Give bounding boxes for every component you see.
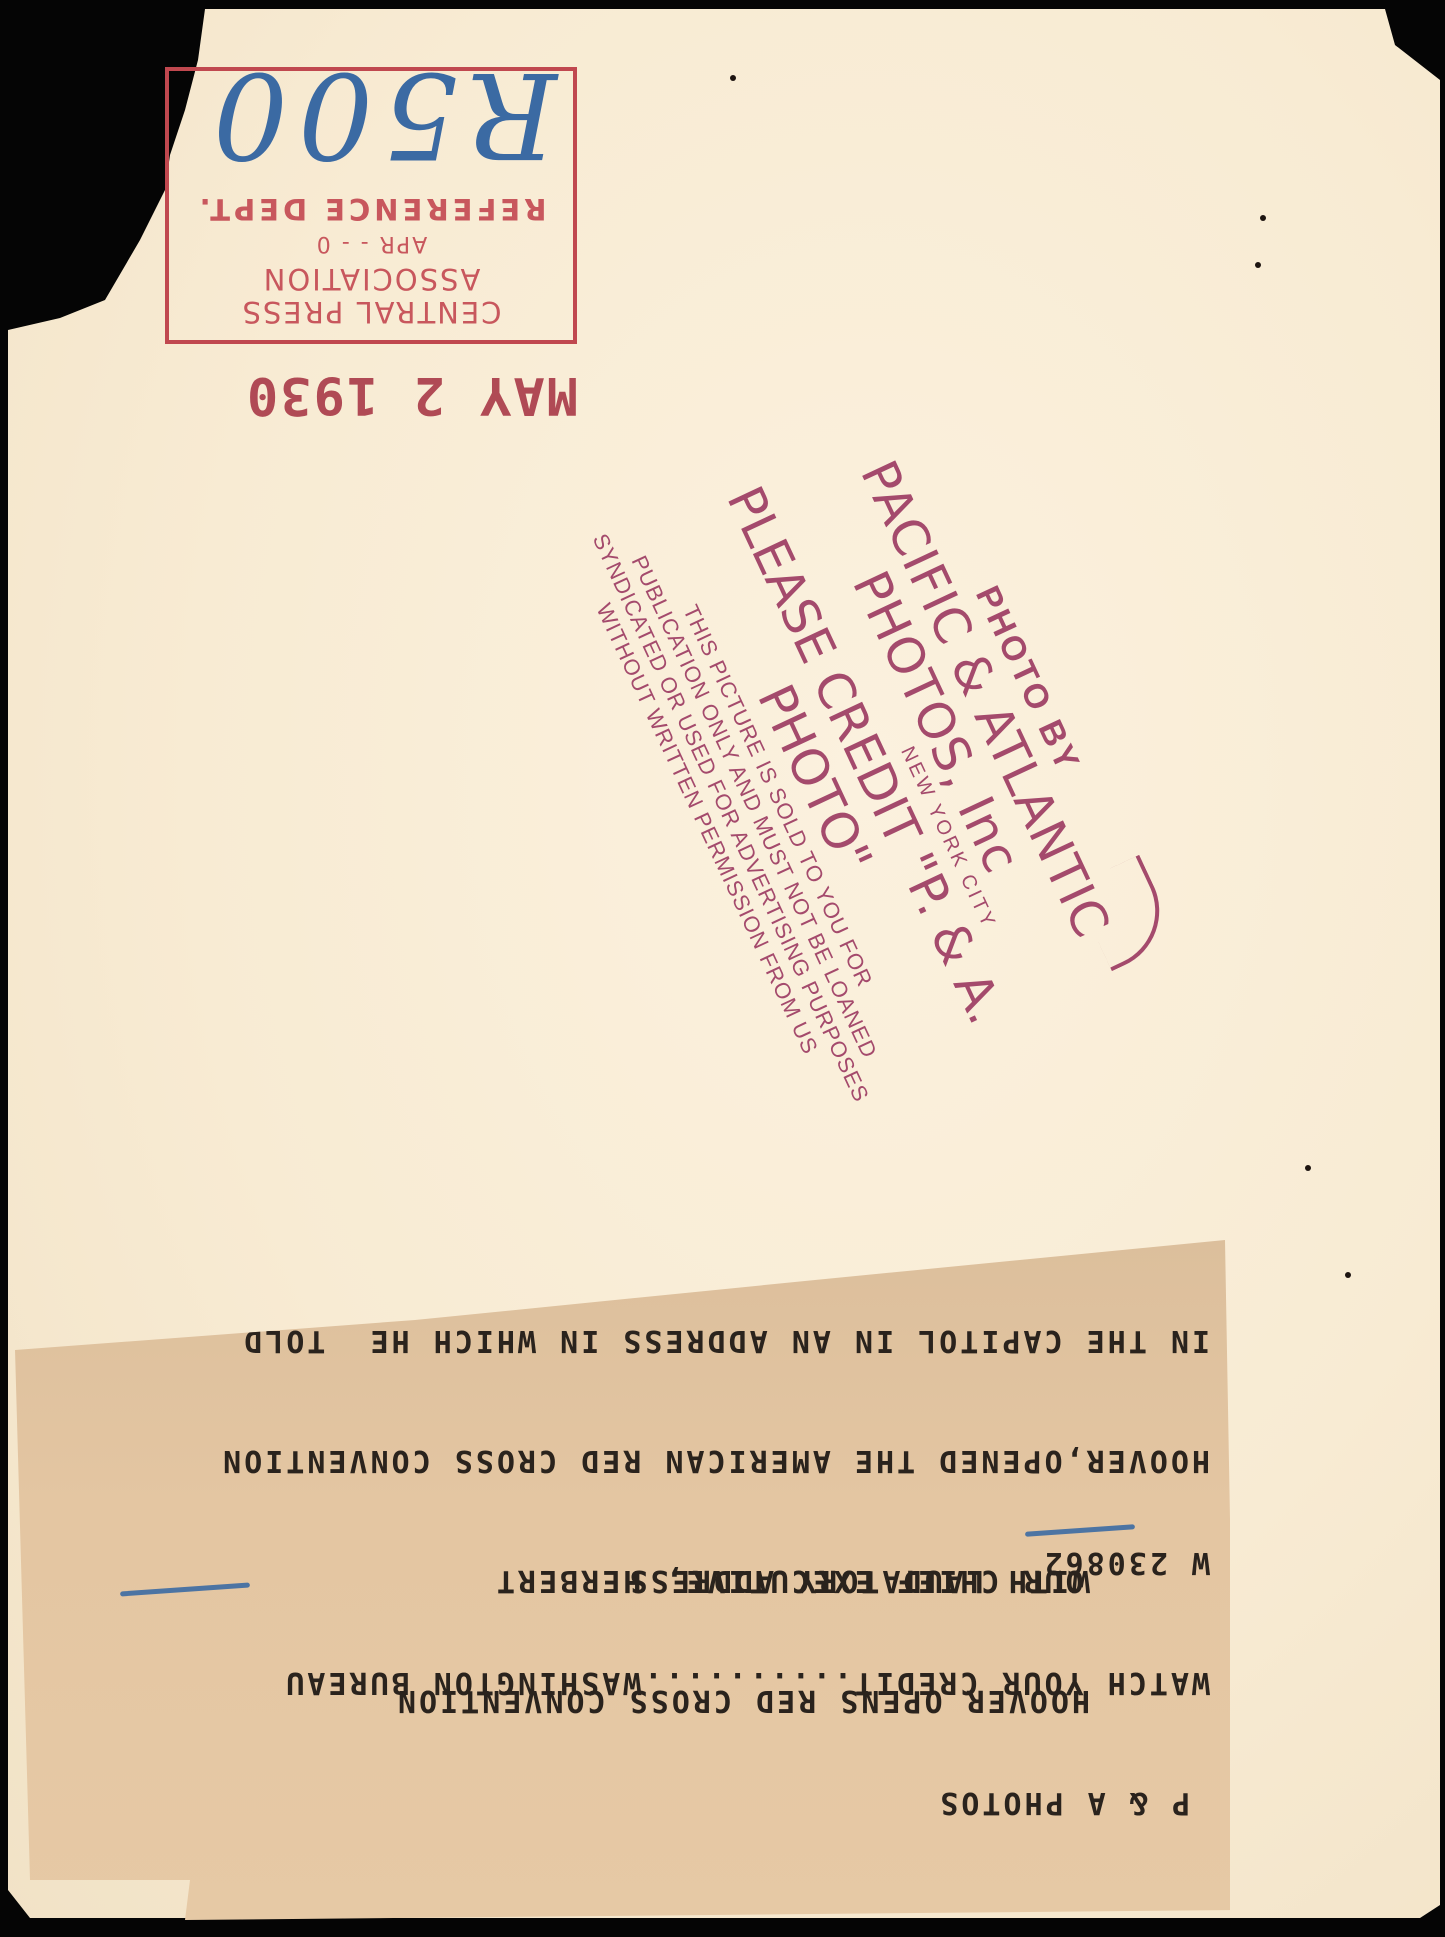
pin-hole [730, 75, 736, 81]
stamp-line: ASSOCIATION [169, 262, 573, 295]
caption-body-line: OUR CHIEF EXECUTIVE, HERBERT [157, 1560, 1210, 1600]
stamp-line: REFERENCE DEPT. [169, 192, 573, 225]
stamp-line: APR - - 0 [169, 227, 573, 260]
caption-title-line: HOOVER OPENS RED CROSS CONVENTION [395, 1680, 1090, 1720]
received-date-stamp: MAY 2 1930 [268, 365, 578, 425]
pin-hole [1260, 215, 1266, 221]
stamp-line: CENTRAL PRESS [169, 295, 573, 328]
pin-hole [1305, 1165, 1311, 1171]
pin-hole [1345, 1272, 1351, 1278]
pencil-reference-number: R500 [190, 55, 570, 175]
caption-body-line: HOOVER,OPENED THE AMERICAN RED CROSS CON… [157, 1440, 1210, 1480]
caption-text: P & A PHOTOS WATCH YOUR CREDIT..........… [15, 1240, 1230, 1920]
caption-clipping: P & A PHOTOS WATCH YOUR CREDIT..........… [15, 1240, 1230, 1920]
pin-hole [1255, 262, 1261, 268]
